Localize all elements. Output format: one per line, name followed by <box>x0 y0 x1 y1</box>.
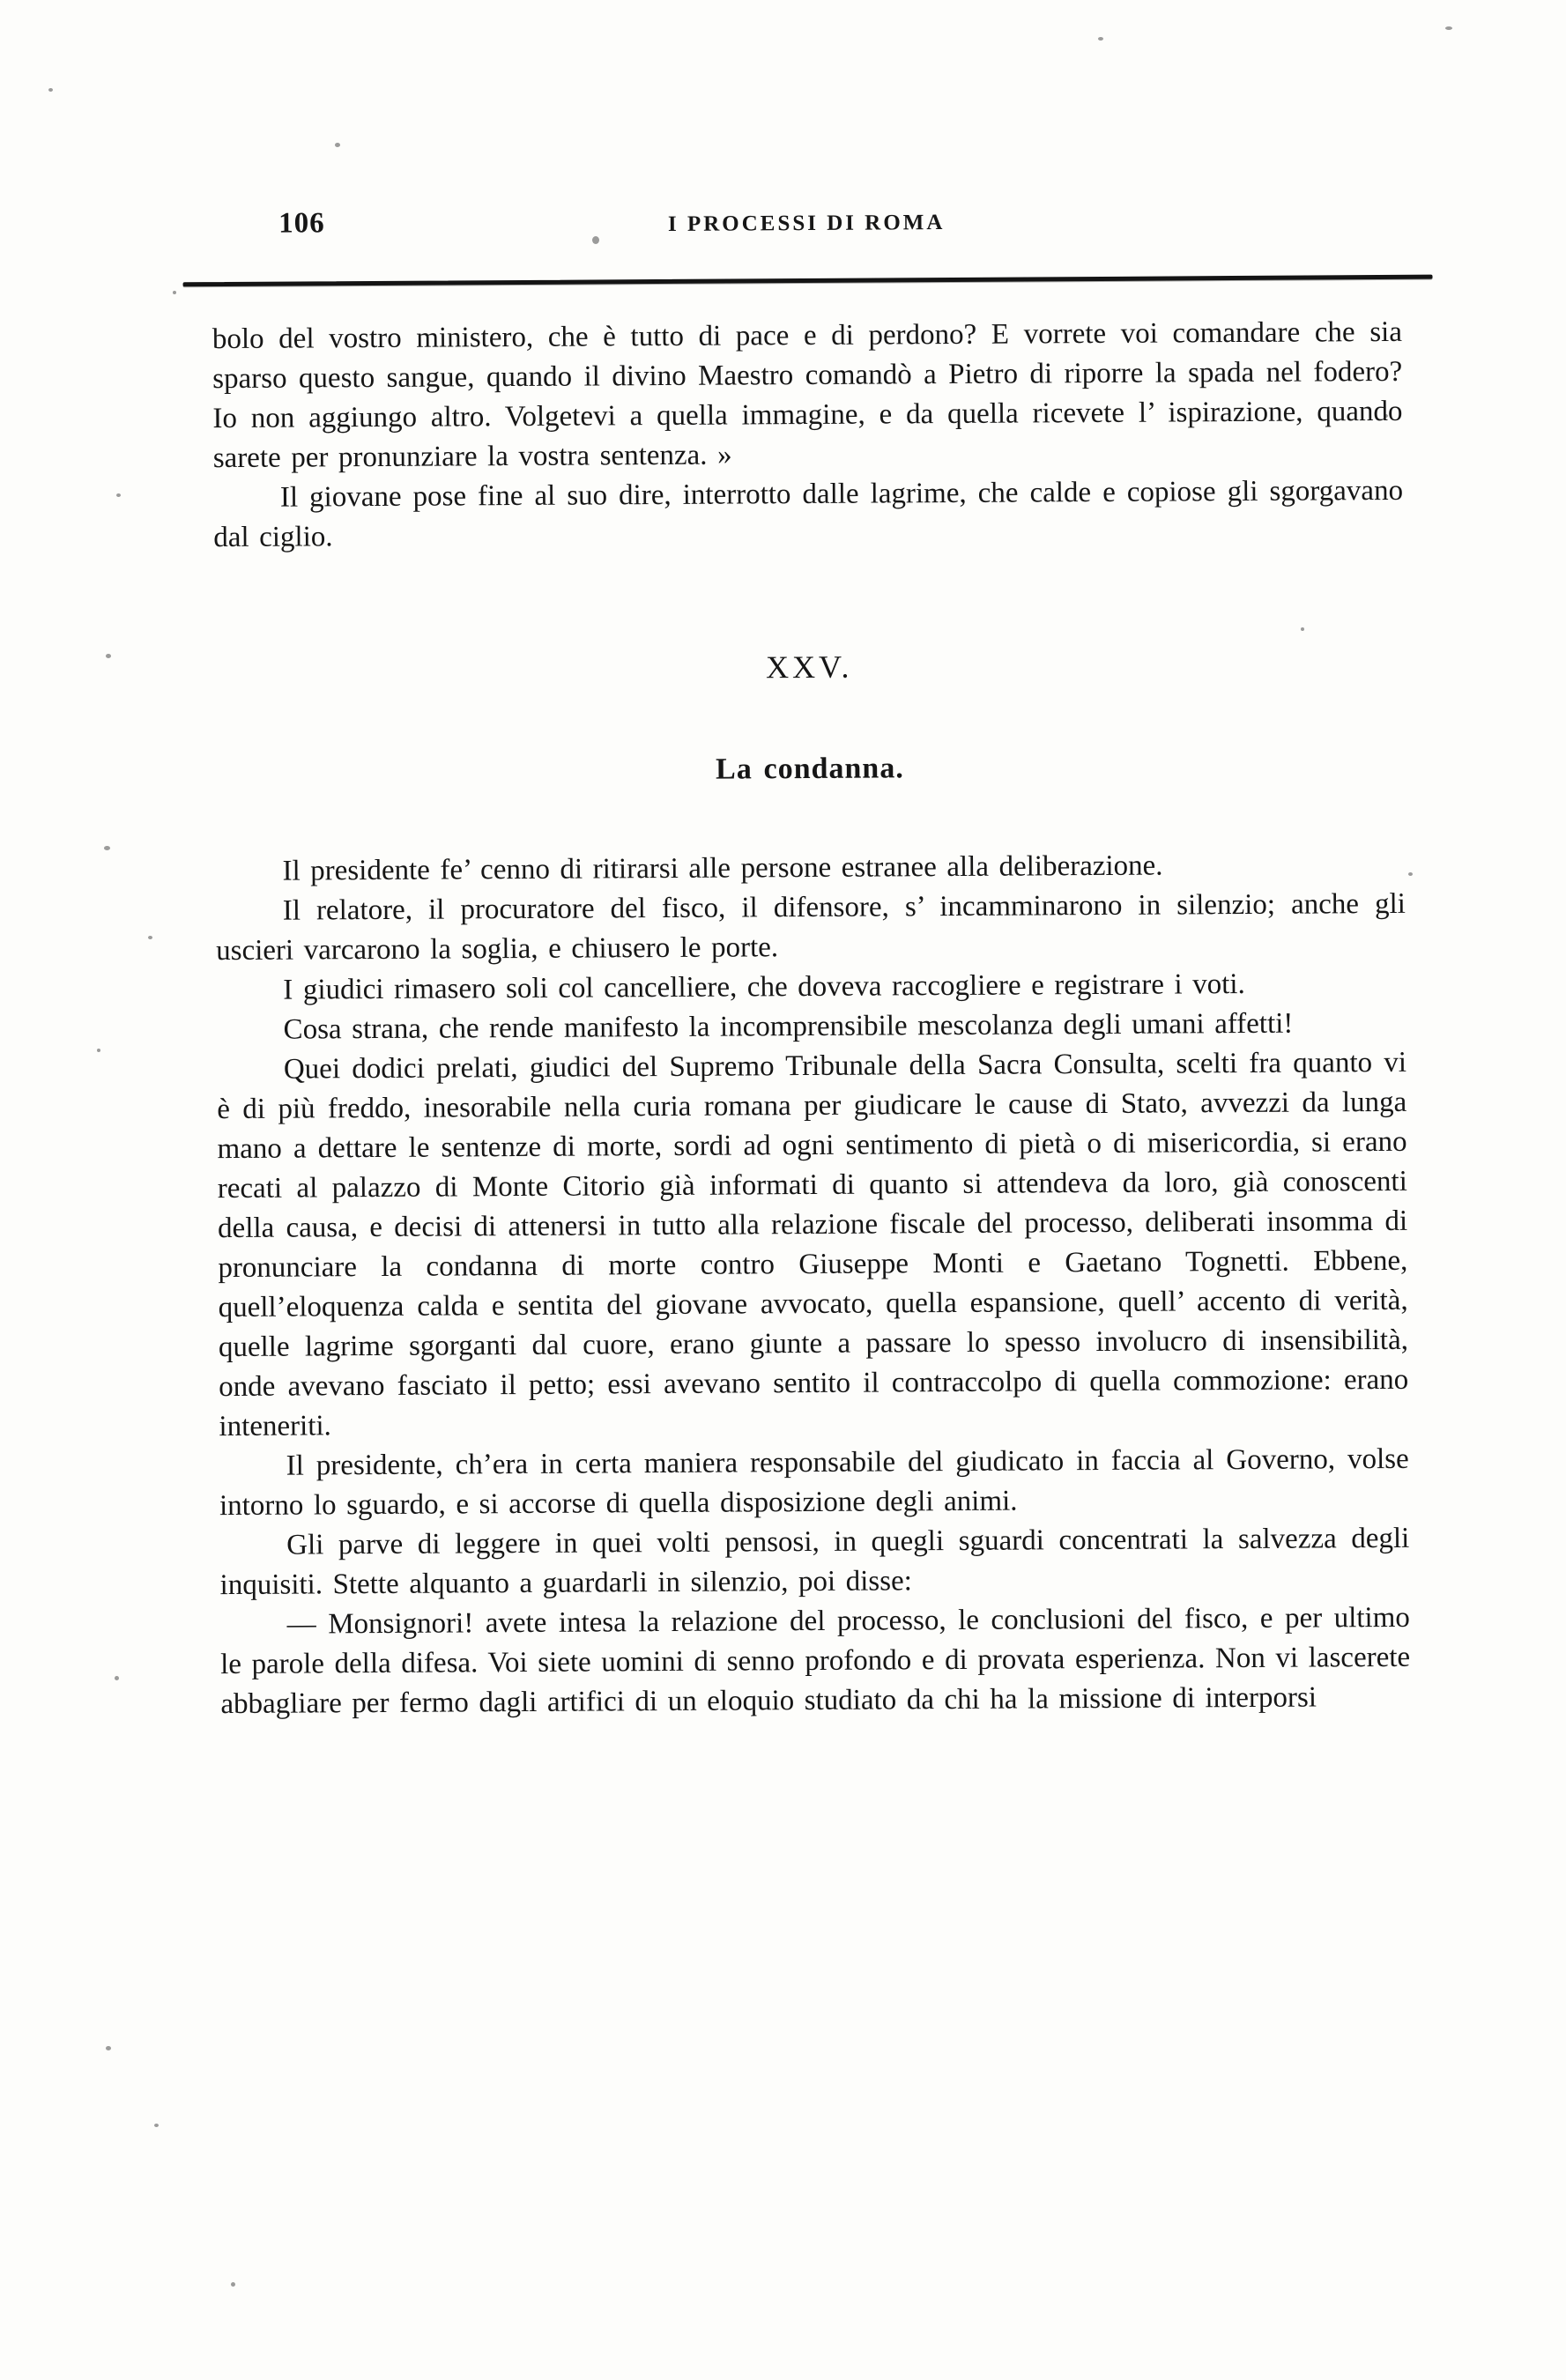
scan-speckle <box>154 2124 159 2127</box>
scan-speckle <box>173 291 176 294</box>
scan-speckle <box>106 654 111 658</box>
chapter-title: La condanna. <box>215 745 1405 792</box>
scan-speckle <box>97 1049 100 1052</box>
scanned-book-page: 106 I PROCESSI DI ROMA bolo del vostro m… <box>0 0 1566 2380</box>
running-title: I PROCESSI DI ROMA <box>212 208 1401 240</box>
body-paragraph: Il relatore, il procuratore del fisco, i… <box>216 885 1406 971</box>
scan-speckle <box>1408 872 1413 876</box>
header-rule <box>183 275 1433 287</box>
scan-speckle <box>1098 37 1103 41</box>
scan-speckle <box>231 2282 235 2287</box>
chapter-number-heading: XXV. <box>214 644 1404 691</box>
body-text: bolo del vostro ministero, che è tutto d… <box>212 313 1411 1724</box>
page-header: 106 I PROCESSI DI ROMA <box>212 197 1401 257</box>
page-content: 106 I PROCESSI DI ROMA bolo del vostro m… <box>212 197 1411 1724</box>
scan-speckle <box>106 2046 111 2050</box>
body-paragraph: — Monsignori! avete intesa la relazione … <box>220 1598 1411 1724</box>
body-paragraph: bolo del vostro ministero, che è tutto d… <box>212 313 1403 478</box>
scan-speckle <box>48 88 53 92</box>
body-paragraph: Il presidente, ch’era in certa maniera r… <box>219 1440 1410 1526</box>
scan-speckle <box>115 1676 119 1680</box>
scan-speckle <box>104 846 110 850</box>
scan-speckle <box>148 936 152 939</box>
scan-speckle <box>335 143 340 147</box>
body-paragraph: Il giovane pose fine al suo dire, interr… <box>213 471 1404 558</box>
scan-speckle <box>116 493 121 497</box>
body-paragraph: Gli parve di leggere in quei volti penso… <box>219 1519 1410 1605</box>
body-paragraph: Quei dodici prelati, giudici del Supremo… <box>217 1043 1409 1447</box>
scan-speckle <box>1445 26 1452 30</box>
